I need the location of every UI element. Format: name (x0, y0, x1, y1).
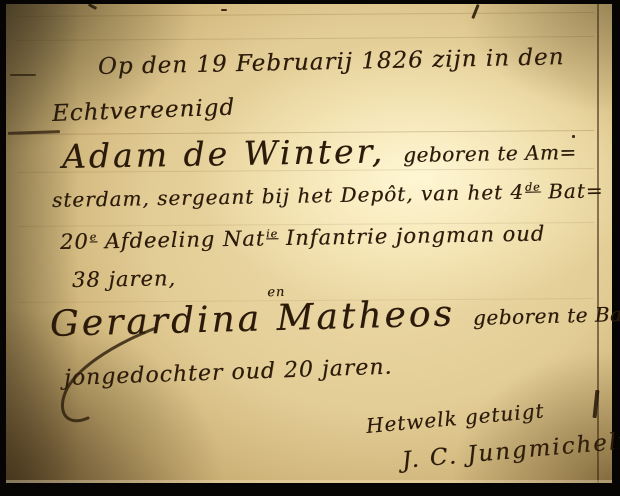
record-line-date: Op den 19 Februarij 1826 zijn in den (98, 44, 565, 80)
ruled-line (18, 12, 594, 17)
ink-speck (88, 3, 97, 10)
superscript-de: de (525, 181, 541, 194)
pen-stroke-cutoff (471, 4, 479, 19)
division-text: Afdeeling Nat (97, 226, 265, 253)
regiment-text: sterdam, sergeant bij het Depôt, van het… (52, 180, 525, 212)
ruled-line (18, 36, 594, 41)
record-line-united: Echtvereenigd (52, 95, 236, 127)
record-line-bride-age: jongedochter oud 20 jaren. (64, 355, 393, 391)
record-line-regiment-1: sterdam, sergeant bij het Depôt, van het… (52, 178, 604, 212)
groom-birth-text: geboren te Am= (403, 140, 577, 167)
attestation-text: Hetwelk getuigt (365, 398, 545, 438)
ink-speck (221, 9, 227, 11)
battalion-text: Bat= (541, 178, 604, 203)
margin-dash (10, 74, 36, 76)
infantry-text: Infantrie jongman oud (278, 222, 545, 251)
margin-line (597, 4, 599, 483)
record-line-regiment-2: 20e Afdeeling Natie Infantrie jongman ou… (60, 222, 546, 254)
register-photo: Op den 19 Februarij 1826 zijn in den Ech… (0, 0, 620, 496)
record-line-bride: en Gerardina Matheos geboren te Batjan, (49, 288, 620, 345)
registrar-signature: J. C. Jungmichelij. (401, 427, 620, 474)
division-number: 20 (60, 230, 89, 254)
paper-page: Op den 19 Februarij 1826 zijn in den Ech… (6, 4, 612, 483)
superscript-ie: ie (266, 227, 278, 240)
record-line-groom-age: 38 jaren, (72, 266, 177, 292)
groom-name: Adam de Winter, (62, 131, 386, 176)
inserted-correction: en (267, 285, 285, 300)
bride-birth-text: geboren te Batjan, (473, 301, 620, 330)
